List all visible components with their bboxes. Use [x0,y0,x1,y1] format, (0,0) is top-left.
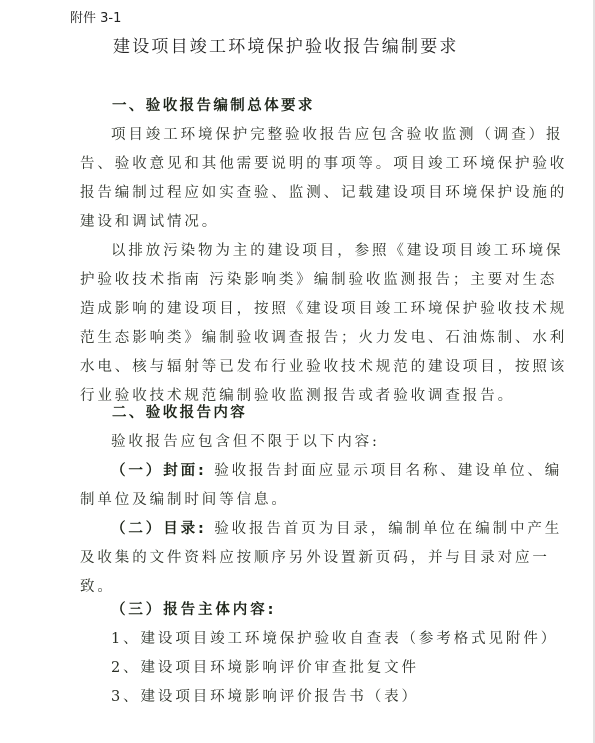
list-item-3: 3、建设项目环境影响评价报告书（表） [111,685,419,706]
section1-para1-line2: 告、验收意见和其他需要说明的事项等。项目竣工环境保护验收 [80,152,567,173]
item1-text: 验收报告封面应显示项目名称、建设单位、编 [207,463,563,479]
section1-para2-line4: 范生态影响类》编制验收调查报告；火力发电、石油炼制、水利 [80,326,567,347]
section2-item1-line2: 制单位及编制时间等信息。 [80,488,289,509]
list-item-2: 2、建设项目环境影响评价审查批复文件 [111,656,419,677]
item2-text: 验收报告首页为目录，编制单位在编制中产生 [207,521,563,537]
document-title: 建设项目竣工环境保护验收报告编制要求 [113,32,459,57]
list-item-1: 1、建设项目竣工环境保护验收自查表（参考格式见附件） [111,627,558,648]
section1-para1-line4: 建设和调试情况。 [80,210,219,231]
section1-para2-line3: 造成影响的建设项目，按照《建设项目竣工环境保护验收技术规 [80,297,567,318]
section1-para1-line1: 项目竣工环境保护完整验收报告应包含验收监测（调查）报 [111,123,563,144]
section1-heading: 一、验收报告编制总体要求 [112,94,315,115]
attachment-label: 附件 3-1 [70,7,121,26]
section1-para1-line3: 报告编制过程应如实查验、监测、记载建设项目环境保护设施的 [80,181,567,202]
document-page: 附件 3-1 建设项目竣工环境保护验收报告编制要求 一、验收报告编制总体要求 项… [0,0,595,743]
section1-para2-line5: 水电、核与辐射等已发布行业验收技术规范的建设项目，按照该 [80,355,567,376]
section2-intro: 验收报告应包含但不限于以下内容: [111,430,380,451]
section2-item1-line1: （一）封面: 验收报告封面应显示项目名称、建设单位、编 [111,459,562,480]
item1-lead: （一）封面: [111,463,207,479]
section1-para2-line2: 护验收技术指南 污染影响类》编制验收监测报告；主要对生态 [80,268,557,289]
item3-lead: （三）报告主体内容: [111,602,276,618]
item2-lead: （二）目录: [111,521,207,537]
section2-heading: 二、验收报告内容 [112,401,247,422]
section2-item2-line1: （二）目录: 验收报告首页为目录，编制单位在编制中产生 [111,517,562,538]
section2-item2-line3: 致。 [80,575,115,596]
section2-item3-heading: （三）报告主体内容: [111,598,276,619]
section2-item2-line2: 及收集的文件资料应按顺序另外设置新页码，并与目录对应一 [80,546,550,567]
section1-para2-line1: 以排放污染物为主的建设项目，参照《建设项目竣工环境保 [111,239,563,260]
